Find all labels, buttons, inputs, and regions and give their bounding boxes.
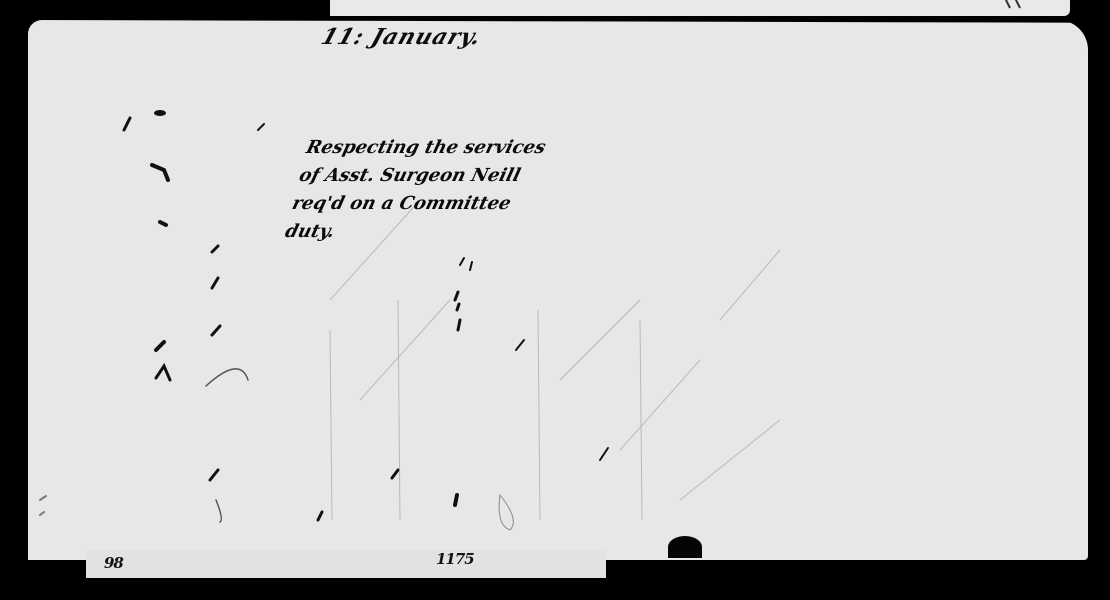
endorsement-text: Respecting the services of Asst. Surgeon… xyxy=(282,134,580,246)
pin-hole xyxy=(668,536,702,558)
tab-number-right: 1175 xyxy=(436,550,474,568)
date-heading: 11: January. xyxy=(318,24,485,50)
docket-card xyxy=(28,20,1088,560)
tab-number-left: 98 xyxy=(104,554,123,572)
endorsement-line: of Asst. Surgeon Neill xyxy=(296,162,573,190)
adjacent-document-strip xyxy=(330,0,1070,16)
card-bottom-tab: 98 1175 xyxy=(86,550,606,578)
endorsement-line: duty. xyxy=(282,218,559,246)
faint-ink-marks xyxy=(1000,0,1040,10)
endorsement-line: req'd on a Committee xyxy=(289,190,566,218)
endorsement-line: Respecting the services xyxy=(303,134,580,162)
